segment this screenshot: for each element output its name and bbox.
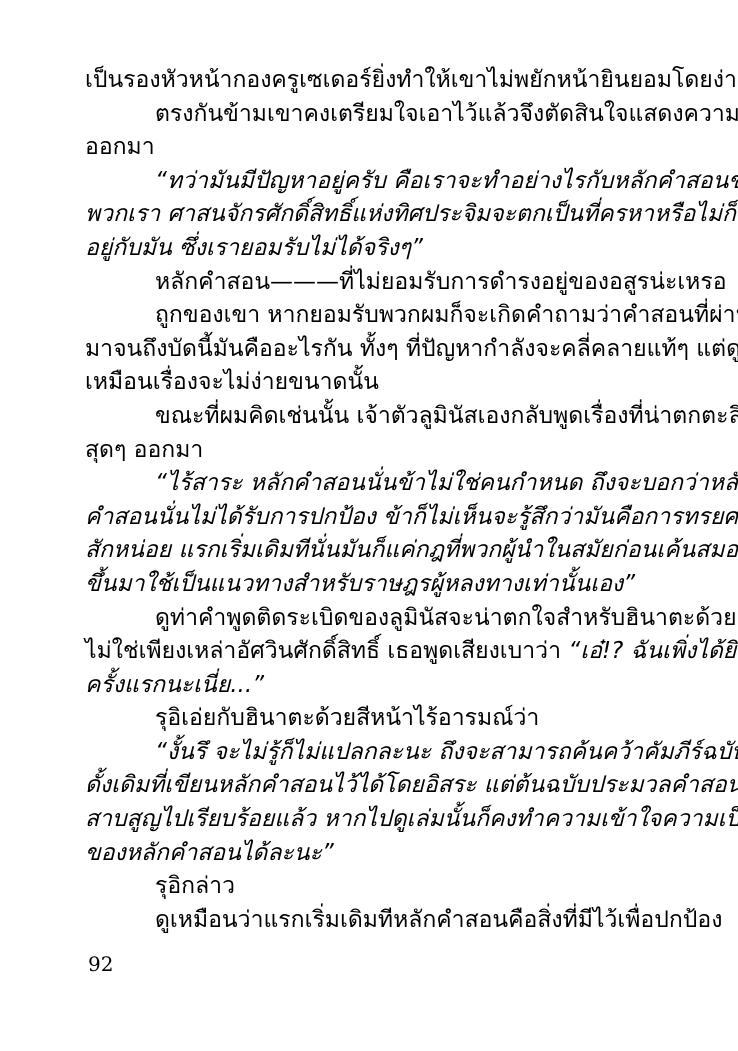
dialogue-text: “ไร้สาระ หลักคำสอนนั่นข้าไม่ใช่คนกำหนด ถ… bbox=[155, 470, 738, 496]
dialogue-text: สาบสูญไปเรียบร้อยแล้ว หากไปดูเล่มนั้นก็ค… bbox=[85, 806, 738, 832]
text-line: ถูกของเขา หากยอมรับพวกผมก็จะเกิดคำถามว่า… bbox=[85, 299, 665, 333]
dialogue-text: “งั้นรึ จะไม่รู้ก็ไม่แปลกละนะ ถึงจะสามาร… bbox=[155, 739, 738, 765]
dialogue-text: “ทว่ามันมีปัญหาอยู่ครับ คือเราจะทำอย่างไ… bbox=[155, 168, 738, 194]
dialogue-text: ขึ้นมาใช้เป็นแนวทางสำหรับราษฎรผู้หลงทางเ… bbox=[85, 571, 635, 597]
text-line: รุอิเอ่ยกับฮินาตะด้วยสีหน้าไร้อารมณ์ว่า bbox=[85, 702, 665, 736]
page-number: 92 bbox=[88, 952, 113, 976]
dialogue-text: ครั้งแรกนะเนี่ย...” bbox=[85, 672, 264, 698]
dialogue-text: ของหลักคำสอนได้ละนะ” bbox=[85, 840, 334, 866]
narration-text: ดูเหมือนว่าแรกเริ่มเดิมทีหลักคำสอนคือสิ่… bbox=[155, 907, 722, 933]
text-line: พวกเรา ศาสนจักรศักดิ์สิทธิ์แห่งทิศประจิม… bbox=[85, 198, 665, 232]
narration-text: สุดๆ ออกมา bbox=[85, 437, 203, 463]
text-line: ครั้งแรกนะเนี่ย...” bbox=[85, 669, 665, 703]
text-line: รุอิกล่าว bbox=[85, 870, 665, 904]
narration-text: ดูท่าคำพูดติดระเบิดของลูมินัสจะน่าตกใจสำ… bbox=[155, 605, 737, 631]
dialogue-text: อยู่กับมัน ซึ่งเรายอมรับไม่ได้จริงๆ” bbox=[85, 235, 423, 261]
narration-text: มาจนถึงบัดนี้มันคืออะไรกัน ทั้งๆ ที่ปัญห… bbox=[85, 336, 738, 362]
text-block: เป็นรองหัวหน้ากองครูเซเดอร์ยิ่งทำให้เขาไ… bbox=[85, 64, 665, 937]
text-line: “ไร้สาระ หลักคำสอนนั่นข้าไม่ใช่คนกำหนด ถ… bbox=[85, 467, 665, 501]
dialogue-text: คำสอนนั่นไม่ได้รับการปกป้อง ข้าก็ไม่เห็น… bbox=[85, 504, 738, 530]
text-line: ดั้งเดิมที่เขียนหลักคำสอนไว้ได้โดยอิสระ … bbox=[85, 769, 665, 803]
text-line: ของหลักคำสอนได้ละนะ” bbox=[85, 837, 665, 871]
text-line: อยู่กับมัน ซึ่งเรายอมรับไม่ได้จริงๆ” bbox=[85, 232, 665, 266]
text-line: ขณะที่ผมคิดเช่นนั้น เจ้าตัวลูมินัสเองกลั… bbox=[85, 400, 665, 434]
text-line: ตรงกันข้ามเขาคงเตรียมใจเอาไว้แล้วจึงตัดส… bbox=[85, 98, 665, 132]
text-line: เหมือนเรื่องจะไม่ง่ายขนาดนั้น bbox=[85, 366, 665, 400]
text-line: สาบสูญไปเรียบร้อยแล้ว หากไปดูเล่มนั้นก็ค… bbox=[85, 803, 665, 837]
text-line: หลักคำสอน———ที่ไม่ยอมรับการดำรงอยู่ของอส… bbox=[85, 266, 665, 300]
text-line: คำสอนนั่นไม่ได้รับการปกป้อง ข้าก็ไม่เห็น… bbox=[85, 501, 665, 535]
text-line: ขึ้นมาใช้เป็นแนวทางสำหรับราษฎรผู้หลงทางเ… bbox=[85, 568, 665, 602]
narration-text: ไม่ใช่เพียงเหล่าอัศวินศักดิ์สิทธิ์ เธอพู… bbox=[85, 638, 568, 664]
text-line: “งั้นรึ จะไม่รู้ก็ไม่แปลกละนะ ถึงจะสามาร… bbox=[85, 736, 665, 770]
narration-text: รุอิเอ่ยกับฮินาตะด้วยสีหน้าไร้อารมณ์ว่า bbox=[155, 705, 539, 731]
text-line: ดูท่าคำพูดติดระเบิดของลูมินัสจะน่าตกใจสำ… bbox=[85, 602, 665, 636]
text-line: เป็นรองหัวหน้ากองครูเซเดอร์ยิ่งทำให้เขาไ… bbox=[85, 64, 665, 98]
text-line: “ทว่ามันมีปัญหาอยู่ครับ คือเราจะทำอย่างไ… bbox=[85, 165, 665, 199]
text-line: สุดๆ ออกมา bbox=[85, 434, 665, 468]
text-line: มาจนถึงบัดนี้มันคืออะไรกัน ทั้งๆ ที่ปัญห… bbox=[85, 333, 665, 367]
dialogue-text: ดั้งเดิมที่เขียนหลักคำสอนไว้ได้โดยอิสระ … bbox=[85, 772, 738, 798]
dialogue-text: สักหน่อย แรกเริ่มเดิมทีนั่นมันก็แค่กฎที่… bbox=[85, 537, 738, 563]
book-page: เป็นรองหัวหน้ากองครูเซเดอร์ยิ่งทำให้เขาไ… bbox=[0, 0, 738, 1051]
narration-text: เป็นรองหัวหน้ากองครูเซเดอร์ยิ่งทำให้เขาไ… bbox=[85, 67, 738, 93]
dialogue-text: พวกเรา ศาสนจักรศักดิ์สิทธิ์แห่งทิศประจิม… bbox=[85, 201, 738, 227]
dialogue-text: “เอ๋!? ฉันเพิ่งได้ยิน bbox=[568, 638, 738, 664]
narration-text: หลักคำสอน———ที่ไม่ยอมรับการดำรงอยู่ของอส… bbox=[155, 269, 727, 295]
text-line: ออกมา bbox=[85, 131, 665, 165]
text-line: ไม่ใช่เพียงเหล่าอัศวินศักดิ์สิทธิ์ เธอพู… bbox=[85, 635, 665, 669]
narration-text: ขณะที่ผมคิดเช่นนั้น เจ้าตัวลูมินัสเองกลั… bbox=[155, 403, 738, 429]
narration-text: เหมือนเรื่องจะไม่ง่ายขนาดนั้น bbox=[85, 369, 379, 395]
text-line: สักหน่อย แรกเริ่มเดิมทีนั่นมันก็แค่กฎที่… bbox=[85, 534, 665, 568]
narration-text: ออกมา bbox=[85, 134, 155, 160]
narration-text: ตรงกันข้ามเขาคงเตรียมใจเอาไว้แล้วจึงตัดส… bbox=[155, 101, 738, 127]
narration-text: รุอิกล่าว bbox=[155, 873, 235, 899]
text-line: ดูเหมือนว่าแรกเริ่มเดิมทีหลักคำสอนคือสิ่… bbox=[85, 904, 665, 938]
narration-text: ถูกของเขา หากยอมรับพวกผมก็จะเกิดคำถามว่า… bbox=[155, 302, 738, 328]
